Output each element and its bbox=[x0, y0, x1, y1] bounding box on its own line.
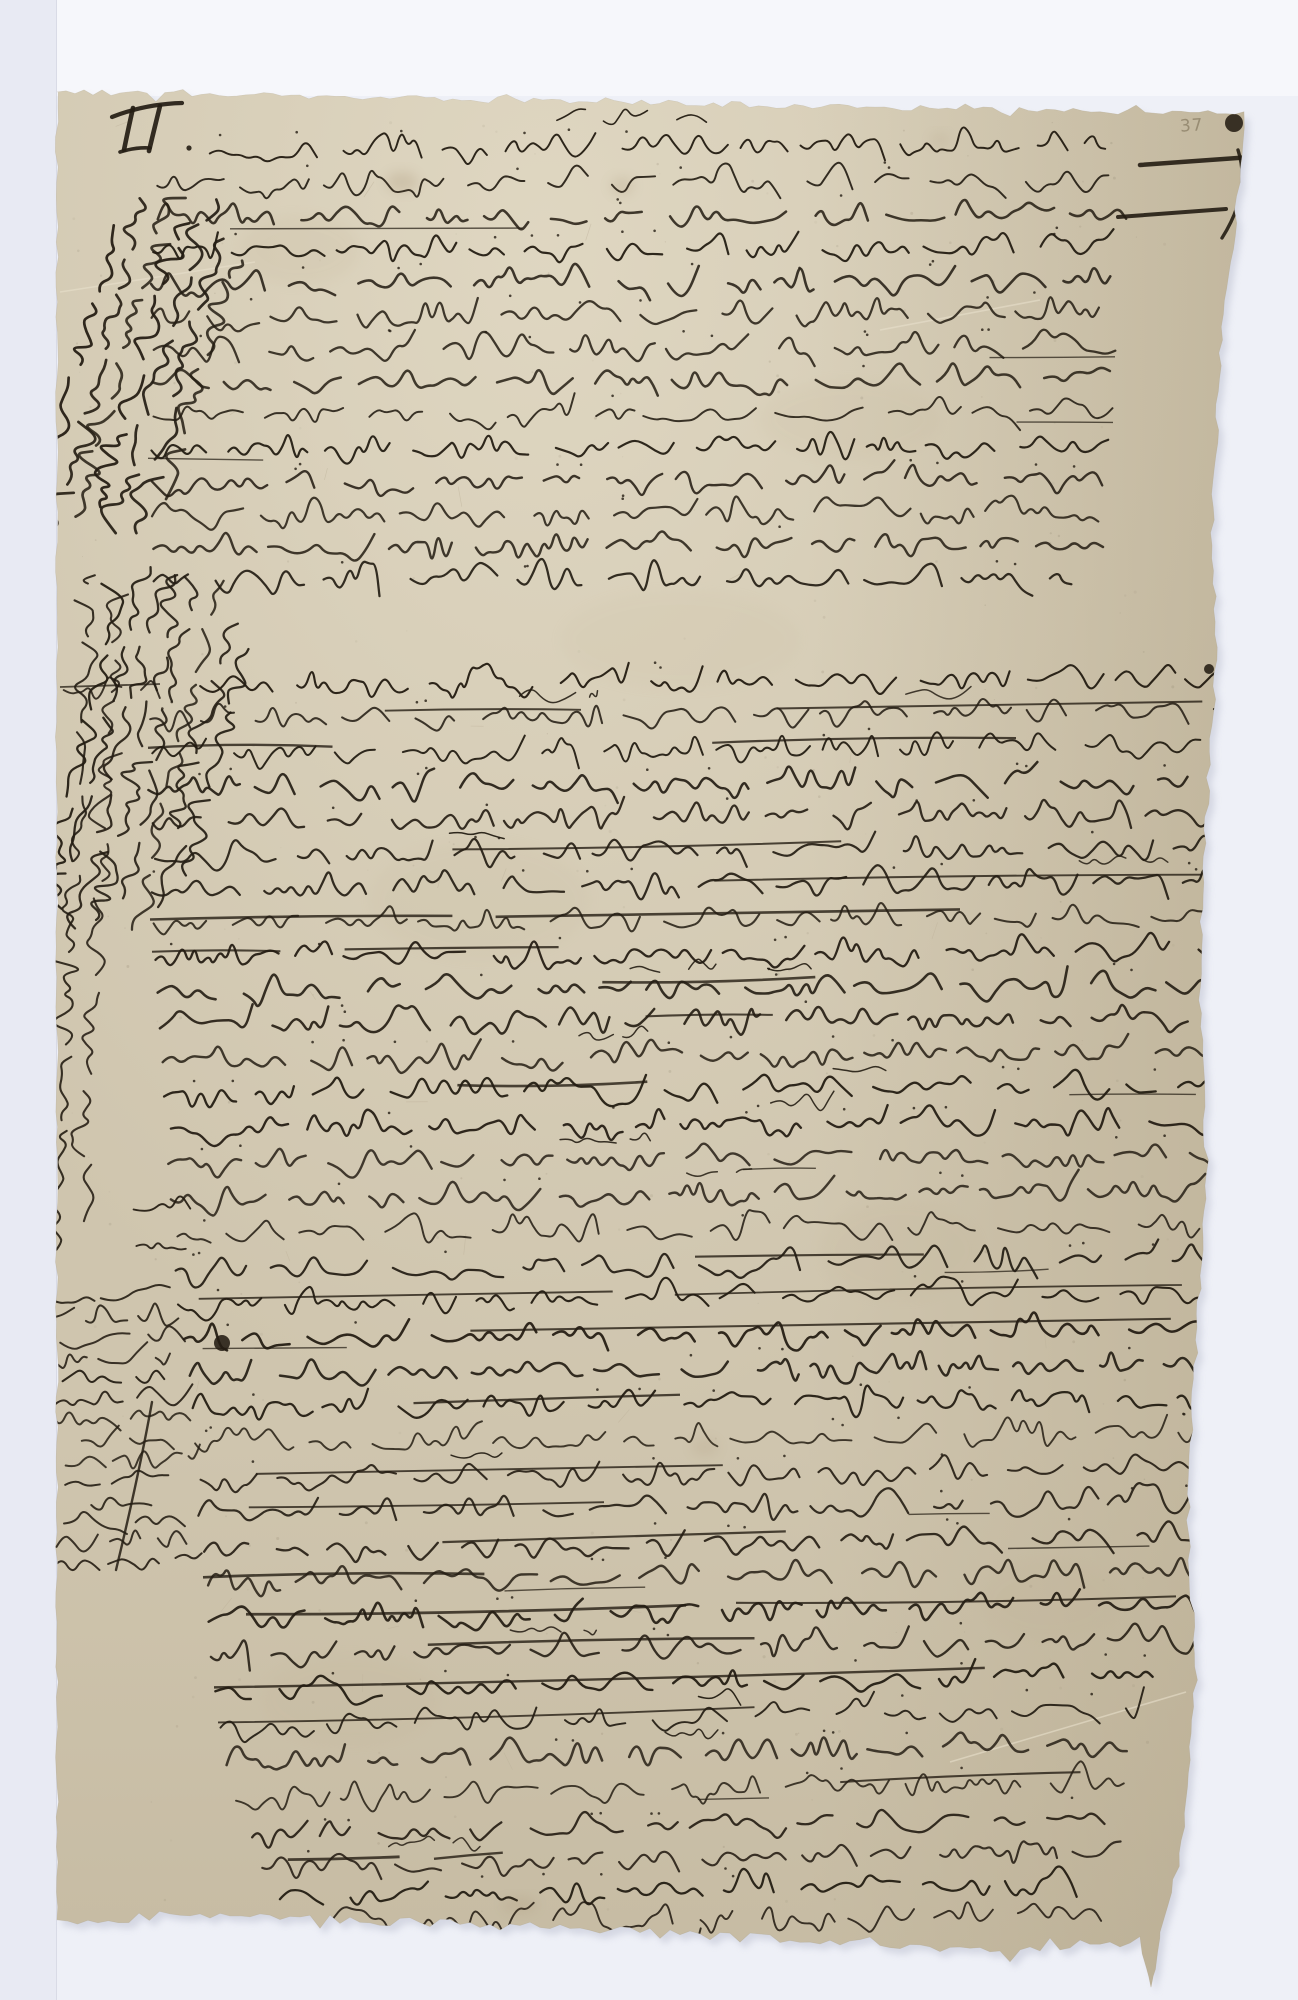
page-number-annotation: 37 bbox=[1179, 115, 1204, 137]
manuscript-paper bbox=[0, 0, 1298, 2000]
scanned-manuscript-page: 37 bbox=[0, 0, 1298, 2000]
